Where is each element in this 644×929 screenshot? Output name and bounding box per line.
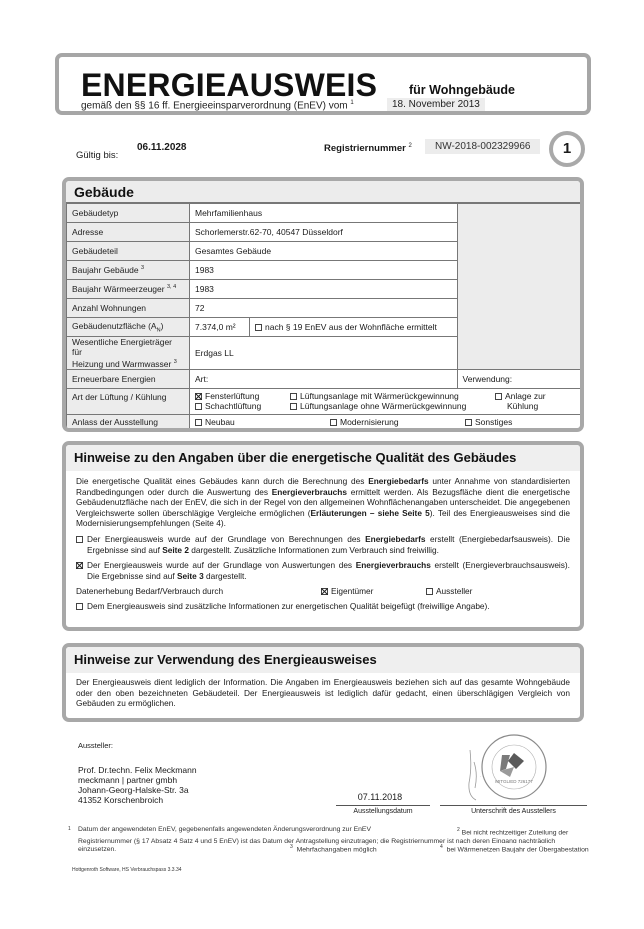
- row-label: Erneuerbare Energien: [67, 369, 190, 388]
- checkbox[interactable]: [426, 588, 433, 595]
- row-label: Anlass der Ausstellungdes Energieausweis…: [67, 414, 190, 432]
- valid-until-label: Gültig bis:: [76, 150, 118, 161]
- document-header: ENERGIEAUSWEIS für Wohngebäude gemäß den…: [55, 53, 591, 115]
- option-vermietung-verkauf[interactable]: Vermietung / Verkauf: [195, 427, 330, 432]
- quality-notes-section: Hinweise zu den Angaben über die energet…: [62, 441, 584, 631]
- checkbox[interactable]: [330, 419, 337, 426]
- footnote-4: 4 bei Wärmenetzen Baujahr der Übergabest…: [438, 843, 589, 855]
- consumption-based-option: Der Energieausweis wurde auf der Grundla…: [66, 555, 580, 581]
- software-credit: Hottgenroth Software, HS Verbrauchspass …: [72, 867, 182, 873]
- issue-date: 07.11.2018: [340, 792, 420, 802]
- document-subtitle: für Wohngebäude: [409, 83, 515, 97]
- usage-notes-title: Hinweise zur Verwendung des Energieauswe…: [66, 647, 580, 673]
- stamp-icon: MITGLIED 726177: [480, 733, 548, 801]
- option-anlage-kuehlung[interactable]: Anlage zurKühlung: [495, 391, 575, 411]
- valid-until-value: 06.11.2028: [137, 142, 187, 153]
- row-label: Gebäudenutzfläche (AN): [67, 318, 190, 337]
- checkbox[interactable]: [290, 403, 297, 410]
- option-eigentuemer[interactable]: Eigentümer: [321, 586, 426, 596]
- divider: [440, 805, 587, 806]
- issuer-address: Prof. Dr.techn. Felix Meckmann meckmann …: [78, 765, 197, 805]
- checkbox[interactable]: [495, 393, 502, 400]
- row-value: 72: [190, 299, 458, 318]
- table-row: Art der Lüftung / Kühlung Fensterlüftung…: [67, 388, 581, 414]
- row-value: 1983: [190, 261, 458, 280]
- table-row: Anlass der Ausstellungdes Energieausweis…: [67, 414, 581, 432]
- demand-based-option: Der Energieausweis wurde auf der Grundla…: [66, 529, 580, 555]
- row-value: Schorlemerstr.62-70, 40547 Düsseldorf: [190, 223, 458, 242]
- footnote-3: 3 Mehrfachangaben möglich: [290, 843, 377, 855]
- additional-info-option: Dem Energieausweis sind zusätzliche Info…: [66, 596, 580, 612]
- option-lueftung-mit-wrg[interactable]: Lüftungsanlage mit Wärmerückgewinnung: [290, 391, 495, 401]
- row-label: Adresse: [67, 223, 190, 242]
- renewable-type: Art:: [190, 369, 458, 388]
- option-modernisierung[interactable]: Modernisierung(Änderung / Erweiterung): [330, 417, 465, 432]
- table-row: Erneuerbare Energien Art: Verwendung:: [67, 369, 581, 388]
- checkbox[interactable]: [76, 603, 83, 610]
- row-label: Anzahl Wohnungen: [67, 299, 190, 318]
- registration-number: NW-2018-002329966: [425, 139, 540, 154]
- building-section: Gebäude Gebäudetyp Mehrfamilienhaus Adre…: [62, 177, 584, 432]
- checkbox-checked[interactable]: [321, 588, 328, 595]
- svg-text:MITGLIED 726177: MITGLIED 726177: [495, 779, 533, 784]
- checkbox[interactable]: [195, 419, 202, 426]
- enev-date: 18. November 2013: [387, 98, 485, 111]
- checkbox[interactable]: [255, 324, 262, 331]
- usage-notes-text: Der Energieausweis dient lediglich der I…: [66, 673, 580, 709]
- quality-notes-title: Hinweise zu den Angaben über die energet…: [66, 445, 580, 471]
- row-label: Gebäudetyp: [67, 204, 190, 223]
- data-collection-label: Datenerhebung Bedarf/Verbrauch durch: [76, 586, 321, 596]
- row-value: Mehrfamilienhaus: [190, 204, 458, 223]
- legal-basis: gemäß den §§ 16 ff. Energieeinsparverord…: [81, 100, 354, 111]
- page-number-badge: 1: [549, 131, 585, 167]
- issue-date-caption: Ausstellungsdatum: [336, 808, 430, 815]
- document-title: ENERGIEAUSWEIS: [81, 67, 377, 104]
- option-lueftung-ohne-wrg[interactable]: Lüftungsanlage ohne Wärmerückgewinnung: [290, 401, 495, 411]
- checkbox[interactable]: [290, 393, 297, 400]
- signature-icon: [466, 748, 486, 803]
- row-value: 1983: [190, 280, 458, 299]
- row-label: Art der Lüftung / Kühlung: [67, 388, 190, 414]
- row-label: Baujahr Wärmeerzeuger 3, 4: [67, 280, 190, 299]
- option-aussteller[interactable]: Aussteller: [426, 586, 472, 596]
- building-photo-area: [457, 204, 580, 370]
- option-neubau[interactable]: Neubau: [195, 417, 330, 427]
- building-section-title: Gebäude: [66, 181, 580, 203]
- ventilation-options: Fensterlüftung Lüftungsanlage mit Wärmer…: [190, 388, 581, 414]
- signature-caption: Unterschrift des Ausstellers: [440, 808, 587, 815]
- divider: [336, 805, 430, 806]
- building-table: Gebäudetyp Mehrfamilienhaus Adresse Scho…: [66, 203, 580, 432]
- row-label: Wesentliche Energieträger fürHeizung und…: [67, 337, 190, 370]
- issue-reason-options: Neubau Modernisierung(Änderung / Erweite…: [190, 414, 581, 432]
- data-collection-row: Datenerhebung Bedarf/Verbrauch durch Eig…: [66, 581, 580, 596]
- floor-area-option: nach § 19 EnEV aus der Wohnfläche ermitt…: [250, 318, 458, 337]
- row-value: Erdgas LL: [190, 337, 458, 370]
- quality-notes-intro: Die energetische Qualität eines Gebäudes…: [66, 471, 580, 529]
- checkbox-checked[interactable]: [76, 562, 83, 569]
- option-fensterlueftung[interactable]: Fensterlüftung: [195, 391, 290, 401]
- renewable-usage: Verwendung:: [457, 369, 580, 388]
- row-label: Gebäudeteil: [67, 242, 190, 261]
- option-schachtlueftung[interactable]: Schachtlüftung: [195, 401, 290, 411]
- table-row: Gebäudetyp Mehrfamilienhaus: [67, 204, 581, 223]
- issuer-label: Aussteller:: [78, 741, 113, 750]
- row-label: Baujahr Gebäude 3: [67, 261, 190, 280]
- checkbox[interactable]: [76, 536, 83, 543]
- checkbox-checked[interactable]: [195, 393, 202, 400]
- option-sonstiges[interactable]: Sonstiges(freiwillig): [465, 417, 565, 432]
- row-value: Gesamtes Gebäude: [190, 242, 458, 261]
- checkbox[interactable]: [195, 403, 202, 410]
- checkbox[interactable]: [465, 419, 472, 426]
- usage-notes-section: Hinweise zur Verwendung des Energieauswe…: [62, 643, 584, 722]
- floor-area-value: 7.374,0 m²: [190, 318, 250, 337]
- checkbox-checked[interactable]: [195, 429, 202, 432]
- registration-label: Registriernummer 2: [324, 143, 412, 154]
